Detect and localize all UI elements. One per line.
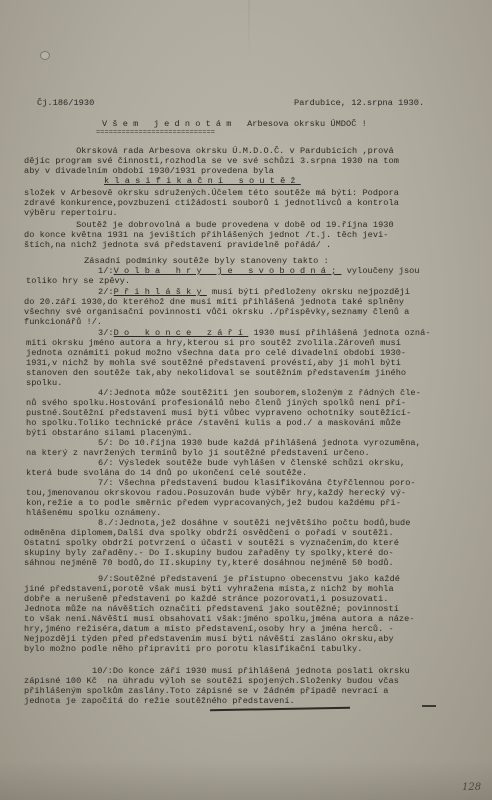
condition-number: 8./: (98, 518, 119, 528)
paper-fold (248, 0, 250, 60)
condition-2: 2/:Přihlášky musí býti předloženy okrsku… (98, 287, 410, 297)
condition-line: hry,jméno režiséra,datum a místo předsta… (24, 624, 394, 634)
condition-line: na který z navržených termínů bylo jí so… (26, 448, 370, 458)
condition-line: jednota oznámiti pokud možno všechna dat… (26, 348, 406, 358)
condition-text: 1930 musí přihlášená jednota ozná- (248, 328, 430, 338)
document-page: Čj.186/1930 Pardubice, 12.srpna 1930. Vš… (0, 0, 492, 800)
condition-text: Výsledek soutěže bude vyhlášen v členské… (114, 458, 406, 468)
condition-line: všechny své organisační povinnosti vůči … (24, 307, 409, 317)
condition-line: dobře a nerušeně představení po každé st… (24, 594, 389, 604)
condition-number: 10/: (92, 666, 113, 676)
condition-line: miti okrsku jméno autora a hry,kterou si… (26, 338, 401, 348)
purpose-line: výběru repertoiru. (24, 208, 118, 218)
contest-title: klasifikační soutěž (104, 176, 301, 186)
condition-line: Ostatní spolky obdrží potvrzení o účasti… (24, 538, 399, 548)
condition-line: jiné představení,porotě však musí býti v… (24, 584, 394, 594)
condition-line: přihlášeným spolkům zaslány.Toto zápisné… (24, 686, 389, 696)
condition-text: Jednota,jež dosáhne v soutěži největšího… (119, 518, 411, 528)
condition-line: skupiny byly zařaděny.- Do I.skupiny bud… (24, 548, 394, 558)
condition-line: stanoven den soutěže tak,aby nekolidoval… (26, 368, 406, 378)
condition-line: bylo možno podle něho připraviti pro por… (24, 644, 362, 654)
condition-line: býti obstaráno silami placenými. (26, 428, 193, 438)
condition-7: 7/: Všechna představení budou klasifikov… (98, 478, 416, 488)
ink-underline-stroke (210, 707, 350, 711)
condition-line: ho spolku.Toliko technické práce /stavěn… (26, 418, 401, 428)
condition-3: 3/:Do konce září 1930 musí přihlášená je… (98, 328, 431, 338)
condition-text: Jednota může soutěžiti jen souborem,slož… (114, 388, 421, 398)
condition-line: která bude svolána do 14 dnů po ukončení… (26, 468, 307, 478)
condition-line: funkcionářů !/. (24, 317, 102, 327)
voluntary-line: do konce května 1931 na jevištích přihlá… (24, 230, 389, 240)
condition-text: musí býti předloženy okrsku nejpozději (207, 287, 410, 297)
condition-number: 3/: (98, 328, 114, 338)
condition-line: zápisné 100 Kč na úhradu výloh se soutěž… (24, 676, 399, 686)
voluntary-line: štích,na nichž jednota svá představení p… (24, 240, 331, 250)
intro-line: Okrsková rada Arbesova okrsku Ú.M.D.O.Č.… (24, 146, 394, 156)
condition-line: spolku. (26, 378, 62, 388)
condition-text: vyloučeny jsou (341, 266, 419, 276)
voluntary-line: Soutěž je dobrovolná a bude provedena v … (24, 220, 394, 230)
condition-number: 7/: (98, 478, 114, 488)
condition-line: tou,jmenovanou okrskovou radou.Posuzován… (26, 488, 406, 498)
purpose-line: zdravé konkurence,povzbuzení ctižádosti … (24, 198, 399, 208)
purpose-line: složek v Arbesově okrsku sdružených.Účel… (24, 188, 399, 198)
condition-number: 9/: (98, 574, 114, 584)
condition-text: Do 10.října 1930 bude každá přihlášená j… (114, 438, 421, 448)
condition-line: Nejpozději týden před představením musí … (24, 634, 394, 644)
condition-number: 5/: (98, 438, 114, 448)
condition-line: do 20.září 1930,do kteréhož dne musí mít… (24, 297, 404, 307)
condition-9: 9/:Soutěžné představení je přístupno obe… (98, 574, 400, 584)
condition-5: 5/: Do 10.října 1930 bude každá přihláše… (98, 438, 421, 448)
intro-line: dějíc program své činnosti,rozhodla se v… (24, 156, 399, 166)
condition-text: Všechna představení budou klasifikována … (114, 478, 416, 488)
condition-line: sáhnou nejméně 70 bodů,do II.skupiny ty,… (24, 558, 394, 568)
heading-underline: ============================ (96, 128, 215, 138)
paper-shadow (0, 760, 492, 800)
conditions-intro: Zásadní podmínky soutěže byly stanoveny … (32, 256, 329, 266)
condition-line: pustné.Soutěžní představení musí býti vů… (26, 408, 411, 418)
intro-line: aby v divadelním období 1930/1931 proved… (24, 166, 274, 176)
condition-line: Jednota může na návěštích označiti předs… (24, 604, 399, 614)
condition-line: toliko hry se zpěvy. (26, 276, 130, 286)
condition-emphasis: Volba hry je svobodná; (114, 266, 342, 276)
condition-number: 4/: (98, 388, 114, 398)
condition-line: odměněna diplomem,Další dva spolky obdrž… (24, 528, 394, 538)
condition-text: Soutěžné představení je přístupno obecen… (114, 574, 400, 584)
condition-line: hlášenému spolku oznámeny. (26, 508, 161, 518)
ink-dash-mark (422, 705, 436, 707)
condition-line: jednota je započítá do režie soutěžného … (24, 696, 295, 706)
condition-number: 6/: (98, 458, 114, 468)
condition-6: 6/: Výsledek soutěže bude vyhlášen v čle… (98, 458, 405, 468)
condition-emphasis: Přihlášky (114, 287, 207, 297)
condition-10: 10/:Do konce září 1930 musí přihlášená j… (92, 666, 410, 676)
condition-line: to však není.Návěští musí obsahovati vša… (24, 614, 415, 624)
condition-number: 1/: (98, 266, 114, 276)
place-date: Pardubice, 12.srpna 1930. (294, 98, 424, 108)
condition-line: 1931,v nichž by mohla své soutěžné předs… (26, 358, 401, 368)
condition-emphasis: Do konce září (114, 328, 249, 338)
condition-line: nů svého spolku.Hostování profesionálů n… (26, 398, 406, 408)
condition-line: kon,režie a to podle směrnic předem vypr… (26, 498, 401, 508)
condition-text: Do konce září 1930 musí přihlášená jedno… (113, 666, 410, 676)
punch-hole (40, 51, 50, 60)
heading-rest: Arbesova okrsku ÚMDOČ ! (247, 119, 367, 129)
reference-number: Čj.186/1930 (37, 98, 94, 108)
condition-4: 4/:Jednota může soutěžiti jen souborem,s… (98, 388, 421, 398)
condition-number: 2/: (98, 287, 114, 297)
condition-1: 1/:Volba hry je svobodná; vyloučeny jsou (98, 266, 420, 276)
condition-8: 8./:Jednota,jež dosáhne v soutěži největ… (98, 518, 410, 528)
